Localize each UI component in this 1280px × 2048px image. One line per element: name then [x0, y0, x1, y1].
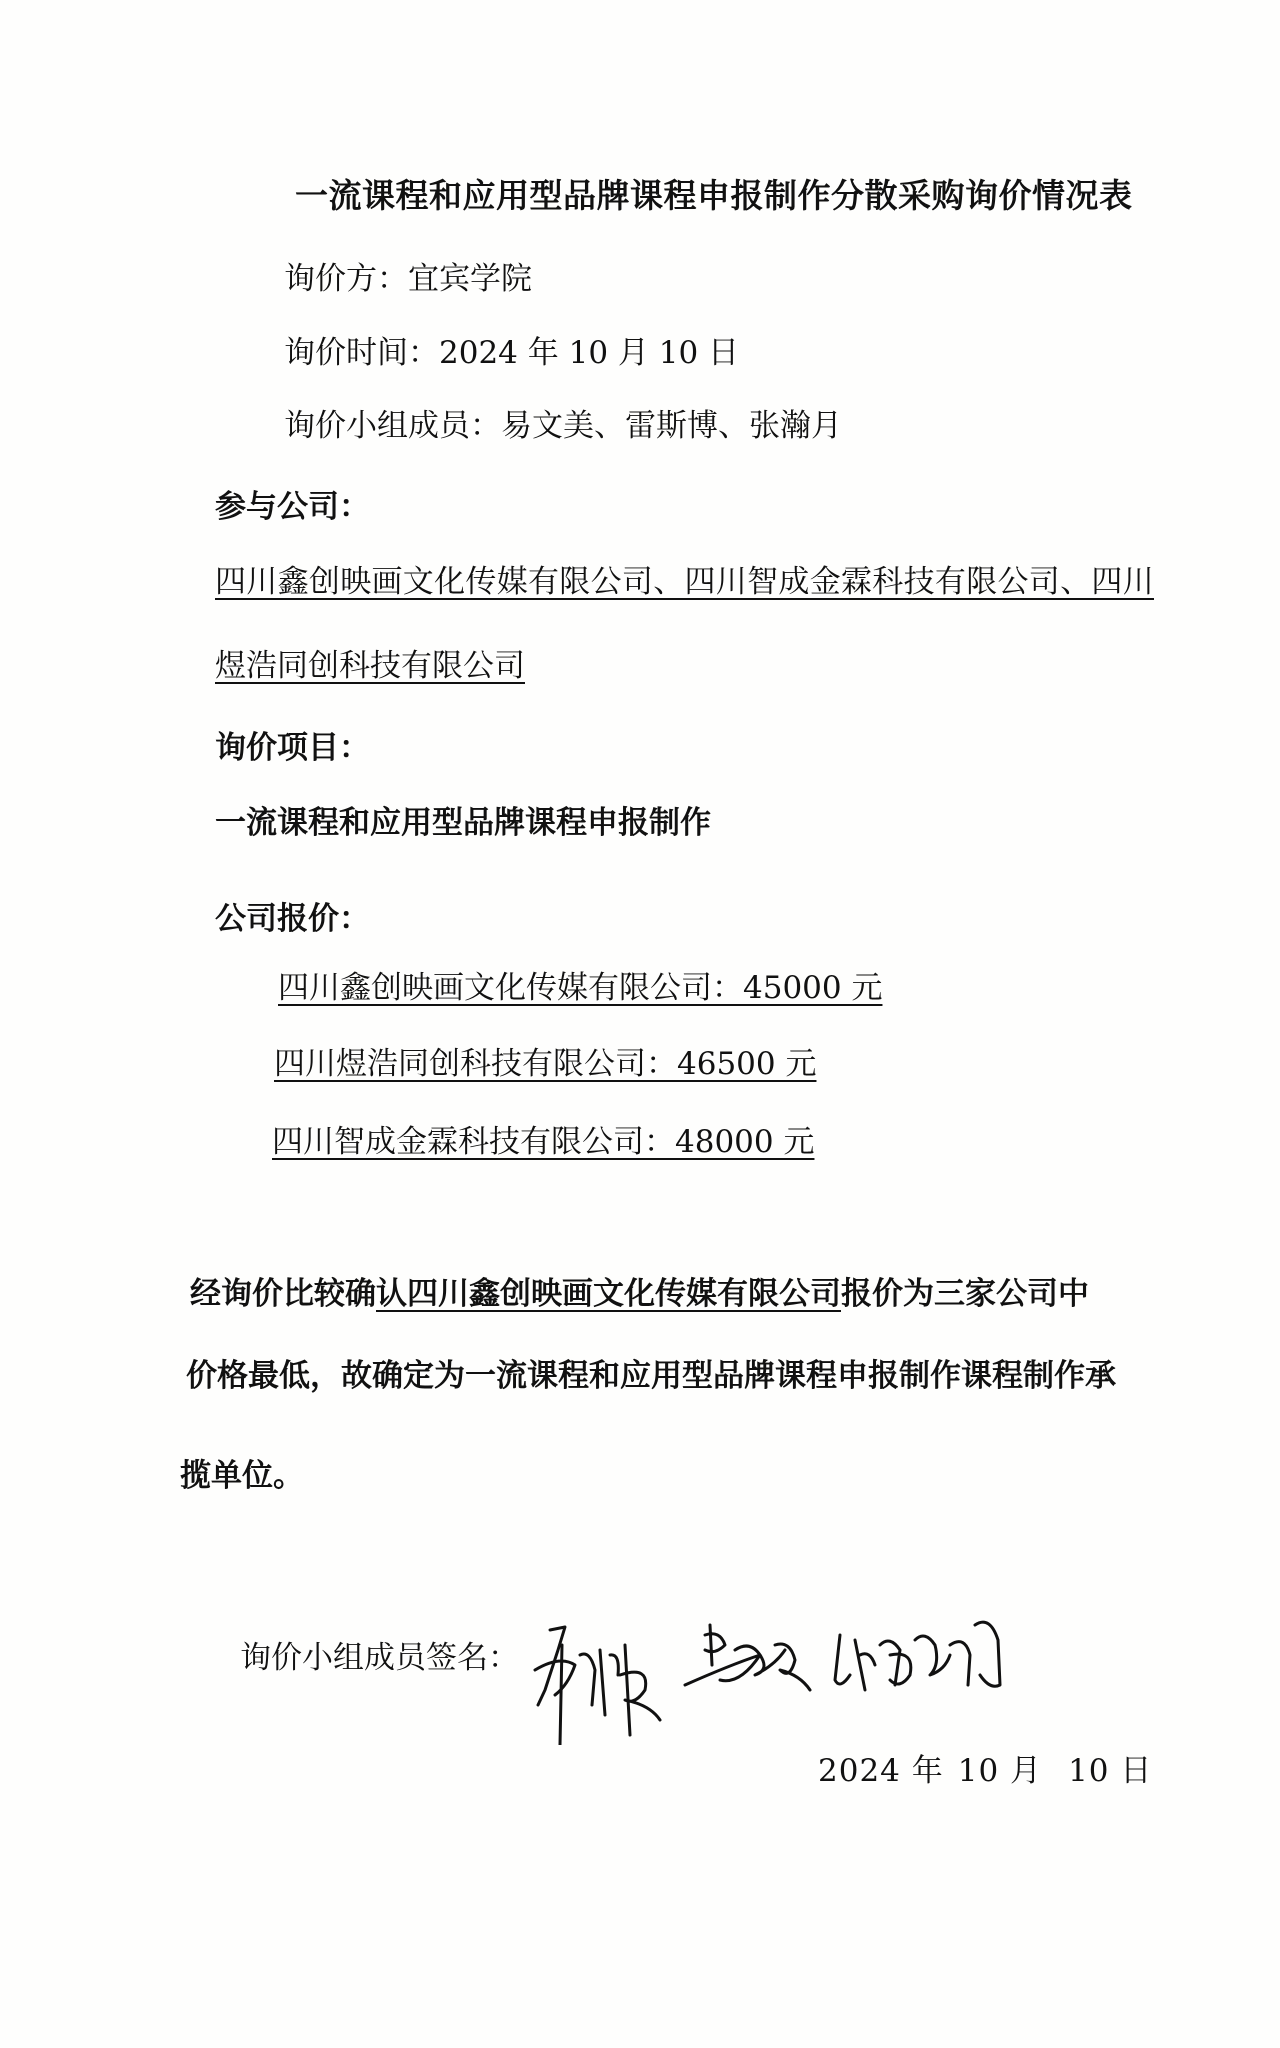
conclusion-prefix: 经询价比较确 — [190, 1276, 376, 1312]
quote-item: 四川煜浩同创科技有限公司：46500 元 — [274, 1038, 816, 1083]
quotes-heading: 公司报价： — [215, 893, 370, 938]
conclusion-line-1: 经询价比较确认四川鑫创映画文化传媒有限公司报价为三家公司中 — [190, 1268, 1089, 1313]
handwritten-signatures — [520, 1595, 1120, 1745]
date-year: 2024 年 — [818, 1745, 944, 1790]
date-day: 10 日 — [1068, 1745, 1152, 1790]
quote-item: 四川智成金霖科技有限公司：48000 元 — [272, 1116, 814, 1161]
participants-line-2: 煜浩同创科技有限公司 — [215, 640, 525, 685]
inquiry-time-line: 询价时间：2024 年 10 月 10 日 — [284, 327, 739, 372]
signature-2 — [685, 1625, 810, 1690]
signature-date: 2024 年10 月10 日 — [818, 1745, 1152, 1790]
participants-line-1: 四川鑫创映画文化传媒有限公司、四川智成金霖科技有限公司、四川 — [215, 556, 1154, 601]
conclusion-line-2: 价格最低，故确定为一流课程和应用型品牌课程申报制作课程制作承 — [186, 1350, 1116, 1395]
document-title: 一流课程和应用型品牌课程申报制作分散采购询价情况表 — [295, 170, 1133, 217]
signature-label: 询价小组成员签名： — [240, 1632, 519, 1677]
scanned-document-page: 一流课程和应用型品牌课程申报制作分散采购询价情况表 询价方：宜宾学院 询价时间：… — [0, 0, 1280, 2048]
project-name: 一流课程和应用型品牌课程申报制作 — [215, 797, 711, 842]
conclusion-winner: 认四川鑫创映画文化传媒有限公司 — [376, 1276, 841, 1312]
signature-3 — [835, 1622, 1000, 1690]
inquirer-line: 询价方：宜宾学院 — [284, 253, 532, 298]
conclusion-line-3: 揽单位。 — [180, 1450, 304, 1495]
participants-heading: 参与公司： — [215, 481, 370, 526]
quote-item: 四川鑫创映画文化传媒有限公司：45000 元 — [278, 962, 882, 1007]
project-heading: 询价项目： — [215, 722, 370, 767]
signature-1 — [535, 1627, 660, 1745]
date-month: 10 月 — [958, 1745, 1042, 1790]
inquiry-team-line: 询价小组成员：易文美、雷斯博、张瀚月 — [284, 400, 842, 445]
conclusion-suffix: 报价为三家公司中 — [841, 1276, 1089, 1312]
